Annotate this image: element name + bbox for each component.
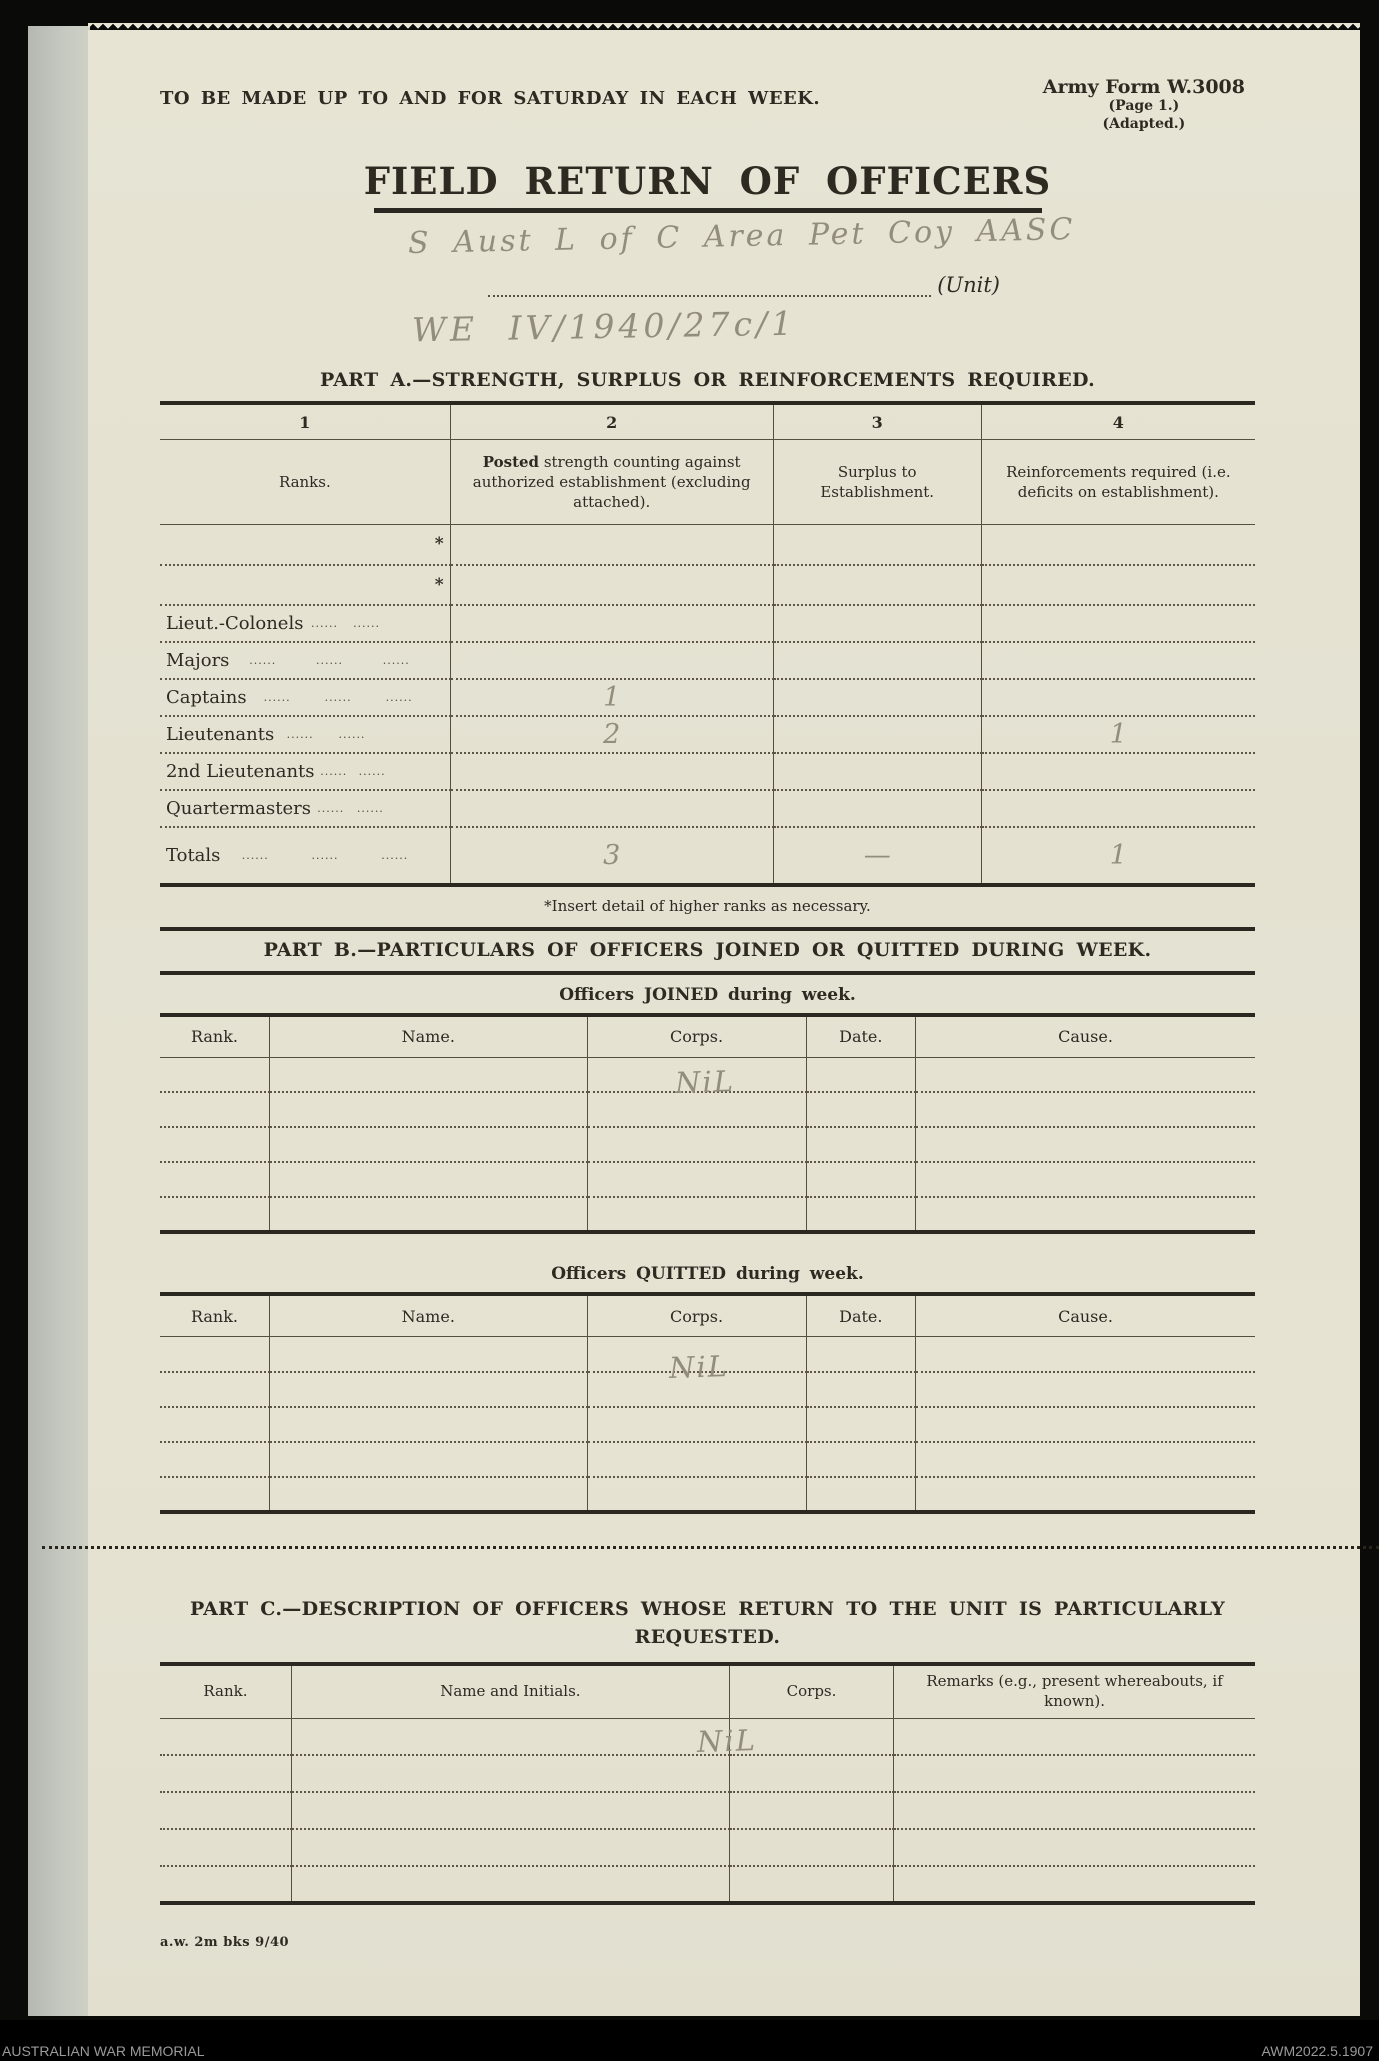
col-header-corps: Corps. bbox=[587, 1294, 806, 1337]
posted-bold: Posted bbox=[483, 453, 539, 471]
col-header-date: Date. bbox=[806, 1015, 916, 1058]
empty-cell bbox=[270, 1162, 588, 1197]
empty-cell bbox=[916, 1372, 1255, 1407]
leader-dots: ...... bbox=[351, 802, 391, 819]
empty-cell bbox=[806, 1057, 916, 1092]
col-number-4: 4 bbox=[981, 403, 1255, 440]
empty-cell bbox=[916, 1337, 1255, 1372]
rank-label: Majors bbox=[166, 650, 229, 671]
higher-rank-asterisk: * bbox=[430, 575, 444, 595]
col-header-rank: Rank. bbox=[160, 1294, 270, 1337]
empty-cell bbox=[587, 1477, 806, 1512]
empty-cell bbox=[160, 1755, 291, 1792]
empty-cell bbox=[806, 1477, 916, 1512]
empty-cell bbox=[894, 1829, 1255, 1866]
dotted-rule bbox=[488, 275, 931, 297]
empty-cell bbox=[729, 1866, 893, 1903]
rank-cell: * bbox=[160, 565, 450, 605]
empty-cell bbox=[587, 1442, 806, 1477]
empty-cell bbox=[806, 1372, 916, 1407]
col-number-3: 3 bbox=[773, 403, 981, 440]
posted-value: 1 bbox=[450, 679, 773, 716]
empty-cell bbox=[160, 1477, 270, 1512]
empty-cell bbox=[916, 1127, 1255, 1162]
rank-cell: Lieut.-Colonels............ bbox=[160, 605, 450, 642]
perforation-line bbox=[42, 1546, 1379, 1549]
reinforcements-value bbox=[981, 605, 1255, 642]
surplus-value bbox=[773, 790, 981, 827]
col-header-ranks: Ranks. bbox=[160, 440, 450, 525]
joined-table-wrap: Rank. Name. Corps. Date. Cause. NiL bbox=[160, 1013, 1255, 1235]
handwritten-nil-quitted: NiL bbox=[669, 1349, 730, 1385]
empty-cell bbox=[806, 1407, 916, 1442]
empty-cell bbox=[894, 1755, 1255, 1792]
part-c-heading-line1: PART C.—DESCRIPTION OF OFFICERS WHOSE RE… bbox=[190, 1598, 1225, 1620]
empty-cell bbox=[270, 1127, 588, 1162]
higher-rank-asterisk: * bbox=[430, 534, 444, 554]
surplus-value bbox=[773, 565, 981, 605]
form-title: FIELD RETURN OF OFFICERS bbox=[160, 159, 1255, 203]
part-b-heading: PART B.—PARTICULARS OF OFFICERS JOINED O… bbox=[160, 939, 1255, 961]
surplus-value bbox=[773, 642, 981, 679]
surplus-value bbox=[773, 679, 981, 716]
officers-quitted-table: Rank. Name. Corps. Date. Cause. bbox=[160, 1292, 1255, 1514]
quitted-subtitle: Officers QUITTED during week. bbox=[160, 1264, 1255, 1284]
table-row bbox=[160, 1477, 1255, 1512]
totals-label-cell: Totals.................. bbox=[160, 827, 450, 885]
leader-dots bbox=[388, 630, 430, 634]
totals-surplus-value: — bbox=[773, 827, 981, 885]
table-row: Captains.................. 1 bbox=[160, 679, 1255, 716]
rank-cell: Quartermasters............ bbox=[160, 790, 450, 827]
rank-label: Lieutenants bbox=[166, 724, 274, 745]
rank-label: 2nd Lieutenants bbox=[166, 761, 315, 782]
empty-cell bbox=[291, 1755, 729, 1792]
posted-value bbox=[450, 525, 773, 565]
reinforcements-value bbox=[981, 753, 1255, 790]
col-header-name: Name. bbox=[270, 1294, 588, 1337]
rank-label: Lieut.-Colonels bbox=[166, 613, 303, 634]
empty-cell bbox=[270, 1057, 588, 1092]
empty-cell bbox=[916, 1092, 1255, 1127]
column-header-row: Ranks. Posted strength counting against … bbox=[160, 440, 1255, 525]
col-header-name: Name. bbox=[270, 1015, 588, 1058]
empty-cell bbox=[160, 1718, 291, 1755]
empty-cell bbox=[894, 1866, 1255, 1903]
empty-cell bbox=[894, 1718, 1255, 1755]
leader-dots: ...... bbox=[308, 691, 369, 708]
empty-cell bbox=[160, 1372, 270, 1407]
section-rule bbox=[160, 971, 1255, 975]
col-header-surplus: Surplus to Establishment. bbox=[773, 440, 981, 525]
leader-dots bbox=[254, 550, 342, 554]
empty-cell bbox=[587, 1127, 806, 1162]
section-rule bbox=[160, 927, 1255, 931]
rank-label: Quartermasters bbox=[166, 798, 311, 819]
empty-cell bbox=[916, 1477, 1255, 1512]
posted-value bbox=[450, 753, 773, 790]
posted-value: 2 bbox=[450, 716, 773, 753]
reinforcements-value bbox=[981, 790, 1255, 827]
empty-cell bbox=[729, 1792, 893, 1829]
surplus-value bbox=[773, 716, 981, 753]
leader-dots bbox=[342, 550, 430, 554]
table-row bbox=[160, 1197, 1255, 1232]
officers-joined-table: Rank. Name. Corps. Date. Cause. bbox=[160, 1013, 1255, 1235]
part-c-heading-line2: REQUESTED. bbox=[635, 1626, 781, 1648]
empty-cell bbox=[160, 1162, 270, 1197]
empty-cell bbox=[270, 1092, 588, 1127]
leader-dots: ...... bbox=[353, 765, 391, 782]
col-header-posted: Posted strength counting against authori… bbox=[450, 440, 773, 525]
leader-dots: ...... bbox=[247, 691, 308, 708]
empty-cell bbox=[160, 1792, 291, 1829]
table-row: Quartermasters............ bbox=[160, 790, 1255, 827]
empty-cell bbox=[806, 1442, 916, 1477]
empty-cell bbox=[916, 1442, 1255, 1477]
col-header-cause: Cause. bbox=[916, 1294, 1255, 1337]
reinforcements-value bbox=[981, 565, 1255, 605]
column-header-row: Rank. Name. Corps. Date. Cause. bbox=[160, 1015, 1255, 1058]
reinforcements-value bbox=[981, 679, 1255, 716]
rank-cell: Captains.................. bbox=[160, 679, 450, 716]
quitted-table-wrap: Rank. Name. Corps. Date. Cause. NiL bbox=[160, 1292, 1255, 1514]
table-row: * bbox=[160, 525, 1255, 565]
empty-cell bbox=[916, 1197, 1255, 1232]
empty-cell bbox=[270, 1337, 588, 1372]
leader-dots: ...... bbox=[220, 849, 290, 866]
table-row bbox=[160, 1162, 1255, 1197]
empty-cell bbox=[160, 1127, 270, 1162]
leader-dots: ...... bbox=[290, 849, 360, 866]
leader-dots: ...... bbox=[360, 849, 430, 866]
posted-value bbox=[450, 790, 773, 827]
surplus-value bbox=[773, 753, 981, 790]
leader-dots: ...... bbox=[363, 654, 430, 671]
posted-value bbox=[450, 642, 773, 679]
empty-cell bbox=[270, 1442, 588, 1477]
leader-dots: ...... bbox=[369, 691, 430, 708]
rank-cell: Lieutenants............ bbox=[160, 716, 450, 753]
col-header-remarks: Remarks (e.g., present whereabouts, if k… bbox=[894, 1664, 1255, 1719]
leader-dots: ...... bbox=[296, 654, 363, 671]
empty-cell bbox=[806, 1092, 916, 1127]
handwritten-we-reference: WE IV/1940/27c/1 bbox=[412, 304, 797, 350]
rank-label: Captains bbox=[166, 687, 247, 708]
col-header-reinforcements: Reinforcements required (i.e. deficits o… bbox=[981, 440, 1255, 525]
part-c-table: Rank. Name and Initials. Corps. Remarks … bbox=[160, 1662, 1255, 1906]
empty-cell bbox=[160, 1092, 270, 1127]
totals-posted-value: 3 bbox=[450, 827, 773, 885]
leader-dots: ...... bbox=[311, 802, 351, 819]
table-row: Majors.................. bbox=[160, 642, 1255, 679]
col-number-1: 1 bbox=[160, 403, 450, 440]
form-paper: TO BE MADE UP TO AND FOR SATURDAY IN EAC… bbox=[88, 30, 1360, 2016]
leader-dots bbox=[342, 591, 430, 595]
unit-entry-line: (Unit) bbox=[488, 273, 1000, 297]
empty-cell bbox=[160, 1829, 291, 1866]
empty-cell bbox=[270, 1407, 588, 1442]
empty-cell bbox=[291, 1718, 729, 1755]
part-a-note: *Insert detail of higher ranks as necess… bbox=[160, 897, 1255, 915]
handwritten-nil-joined: NiL bbox=[674, 1063, 735, 1099]
col-header-rank: Rank. bbox=[160, 1015, 270, 1058]
empty-cell bbox=[806, 1197, 916, 1232]
form-adapted: (Adapted.) bbox=[1043, 116, 1245, 134]
col-header-cause: Cause. bbox=[916, 1015, 1255, 1058]
leader-dots bbox=[254, 591, 342, 595]
empty-cell bbox=[291, 1829, 729, 1866]
empty-cell bbox=[806, 1127, 916, 1162]
rank-cell: 2nd Lieutenants............ bbox=[160, 753, 450, 790]
table-row: Lieutenants............ 2 1 bbox=[160, 716, 1255, 753]
rank-cell: * bbox=[160, 525, 450, 565]
table-row bbox=[160, 1866, 1255, 1903]
table-row bbox=[160, 1442, 1255, 1477]
surplus-value bbox=[773, 605, 981, 642]
empty-cell bbox=[894, 1792, 1255, 1829]
empty-cell bbox=[160, 1407, 270, 1442]
reinforcements-value bbox=[981, 642, 1255, 679]
empty-cell bbox=[916, 1057, 1255, 1092]
underlying-page-edge bbox=[28, 26, 90, 2016]
empty-cell bbox=[806, 1162, 916, 1197]
unit-block: S Aust L of C Area Pet Coy AASC (Unit) W… bbox=[160, 213, 1255, 365]
table-row bbox=[160, 1829, 1255, 1866]
posted-value bbox=[450, 565, 773, 605]
leader-dots: ...... bbox=[346, 617, 388, 634]
scanned-document: TO BE MADE UP TO AND FOR SATURDAY IN EAC… bbox=[0, 0, 1379, 2061]
leader-dots bbox=[166, 550, 254, 554]
empty-cell bbox=[160, 1197, 270, 1232]
leader-dots: ...... bbox=[303, 617, 345, 634]
empty-cell bbox=[160, 1442, 270, 1477]
joined-subtitle: Officers JOINED during week. bbox=[160, 985, 1255, 1005]
empty-cell bbox=[160, 1866, 291, 1903]
handwritten-nil-part-c: NiL bbox=[696, 1722, 757, 1758]
table-row bbox=[160, 1407, 1255, 1442]
table-row bbox=[160, 1755, 1255, 1792]
empty-cell bbox=[729, 1829, 893, 1866]
leader-dots: ...... bbox=[229, 654, 296, 671]
reinforcements-value bbox=[981, 525, 1255, 565]
rank-cell: Majors.................. bbox=[160, 642, 450, 679]
form-number: Army Form W.3008 bbox=[1043, 76, 1245, 98]
empty-cell bbox=[291, 1792, 729, 1829]
form-identifier: Army Form W.3008 (Page 1.) (Adapted.) bbox=[1043, 76, 1245, 133]
table-row bbox=[160, 1792, 1255, 1829]
totals-row: Totals.................. 3 — 1 bbox=[160, 827, 1255, 885]
leader-dots bbox=[166, 591, 254, 595]
empty-cell bbox=[587, 1197, 806, 1232]
column-header-row: Rank. Name. Corps. Date. Cause. bbox=[160, 1294, 1255, 1337]
unit-label: (Unit) bbox=[937, 273, 1000, 297]
col-header-corps: Corps. bbox=[729, 1664, 893, 1719]
part-a-heading: PART A.—STRENGTH, SURPLUS OR REINFORCEME… bbox=[160, 369, 1255, 391]
col-header-rank: Rank. bbox=[160, 1664, 291, 1719]
leader-dots bbox=[390, 815, 430, 819]
col-header-corps: Corps. bbox=[587, 1015, 806, 1058]
totals-label: Totals bbox=[166, 845, 220, 866]
weekly-instruction: TO BE MADE UP TO AND FOR SATURDAY IN EAC… bbox=[160, 88, 820, 109]
printer-code: a.w. 2m bks 9/40 bbox=[160, 1935, 1255, 1950]
leader-dots bbox=[378, 741, 430, 745]
archive-reference: AWM2022.5.1907 bbox=[1261, 2043, 1373, 2059]
empty-cell bbox=[160, 1337, 270, 1372]
column-number-row: 1 2 3 4 bbox=[160, 403, 1255, 440]
archive-name: AUSTRALIAN WAR MEMORIAL bbox=[2, 2043, 205, 2059]
col-number-2: 2 bbox=[450, 403, 773, 440]
empty-cell bbox=[916, 1407, 1255, 1442]
leader-dots: ...... bbox=[274, 728, 326, 745]
empty-cell bbox=[587, 1162, 806, 1197]
form-page: (Page 1.) bbox=[1043, 98, 1245, 116]
part-a-table: 1 2 3 4 Ranks. Posted strength counting … bbox=[160, 401, 1255, 887]
empty-cell bbox=[270, 1477, 588, 1512]
posted-value bbox=[450, 605, 773, 642]
surplus-value bbox=[773, 525, 981, 565]
empty-cell bbox=[587, 1407, 806, 1442]
col-header-date: Date. bbox=[806, 1294, 916, 1337]
part-c-heading: PART C.—DESCRIPTION OF OFFICERS WHOSE RE… bbox=[160, 1595, 1255, 1652]
empty-cell bbox=[160, 1057, 270, 1092]
empty-cell bbox=[270, 1197, 588, 1232]
totals-reinforcements-value: 1 bbox=[981, 827, 1255, 885]
table-row: 2nd Lieutenants............ bbox=[160, 753, 1255, 790]
empty-cell bbox=[270, 1372, 588, 1407]
archive-footer-bar: AUSTRALIAN WAR MEMORIAL AWM2022.5.1907 bbox=[0, 2020, 1379, 2061]
leader-dots: ...... bbox=[315, 765, 353, 782]
empty-cell bbox=[806, 1337, 916, 1372]
leader-dots bbox=[391, 778, 429, 782]
table-row: * bbox=[160, 565, 1255, 605]
handwritten-unit-name: S Aust L of C Area Pet Coy AASC bbox=[408, 212, 1076, 261]
empty-cell bbox=[729, 1755, 893, 1792]
empty-cell bbox=[291, 1866, 729, 1903]
column-header-row: Rank. Name and Initials. Corps. Remarks … bbox=[160, 1664, 1255, 1719]
form-header: TO BE MADE UP TO AND FOR SATURDAY IN EAC… bbox=[160, 76, 1255, 133]
reinforcements-value: 1 bbox=[981, 716, 1255, 753]
col-header-name-initials: Name and Initials. bbox=[291, 1664, 729, 1719]
table-row: Lieut.-Colonels............ bbox=[160, 605, 1255, 642]
table-row bbox=[160, 1127, 1255, 1162]
part-c-table-wrap: Rank. Name and Initials. Corps. Remarks … bbox=[160, 1662, 1255, 1906]
leader-dots: ...... bbox=[326, 728, 378, 745]
title-block: FIELD RETURN OF OFFICERS bbox=[160, 159, 1255, 213]
empty-cell bbox=[916, 1162, 1255, 1197]
